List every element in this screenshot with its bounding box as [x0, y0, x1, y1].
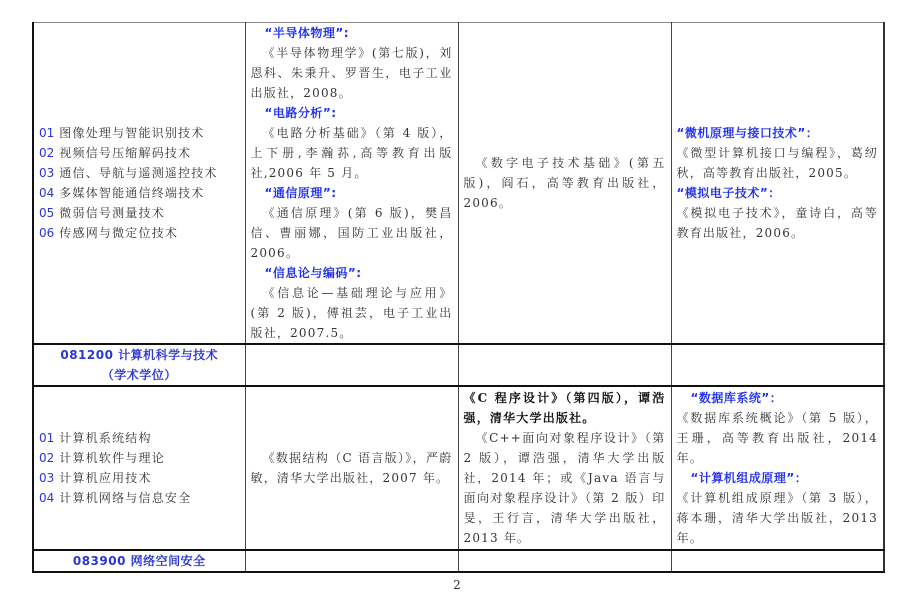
book-reference: 《模拟电子技术》，童诗白，高等教育出版社，2006。 — [677, 203, 879, 243]
direction-item: 02 计算机软件与理论 — [39, 448, 240, 468]
major-title-cell: 081200 计算机科学与技术 （学术学位） — [33, 344, 245, 386]
subject-heading: “微机原理与接口技术”： — [677, 123, 879, 143]
book-reference: 《微型计算机接口与编程》，葛纫秋，高等教育出版社，2005。 — [677, 143, 879, 183]
book-reference: 《数据结构（C 语言版）》，严蔚敏，清华大学出版社，2007 年。 — [251, 448, 453, 488]
page-number: 2 — [0, 578, 914, 592]
empty-cell — [458, 344, 671, 386]
direction-item: 06 传感网与微定位技术 — [39, 223, 240, 243]
exam-reference-table: 01 图像处理与智能识别技术 02 视频信号压缩解码技术 03 通信、导航与遥测… — [32, 22, 885, 573]
book-reference: 《C 程序设计》（第四版），谭浩强，清华大学出版社。 — [464, 388, 666, 428]
subject-heading: “模拟电子技术”： — [677, 183, 879, 203]
degree-type: （学术学位） — [39, 365, 240, 385]
major-title-cell: 083900 网络空间安全 — [33, 550, 245, 572]
document-page: 01 图像处理与智能识别技术 02 视频信号压缩解码技术 03 通信、导航与遥测… — [0, 0, 914, 614]
subject-heading: “数据库系统”： — [677, 388, 879, 408]
major-title: 081200 计算机科学与技术 — [39, 345, 240, 365]
empty-cell — [671, 344, 884, 386]
direction-item: 04 计算机网络与信息安全 — [39, 488, 240, 508]
empty-cell — [245, 550, 458, 572]
direction-item: 03 计算机应用技术 — [39, 468, 240, 488]
empty-cell — [458, 550, 671, 572]
book-reference: 《计算机组成原理》（第 3 版），蒋本珊，清华大学出版社，2013 年。 — [677, 488, 879, 548]
subject-heading: “计算机组成原理”： — [677, 468, 879, 488]
direction-item: 05 微弱信号测量技术 — [39, 203, 240, 223]
subject-heading: “信息论与编码”: — [251, 263, 453, 283]
table-row: 081200 计算机科学与技术 （学术学位） — [33, 344, 884, 386]
book-reference: 《信息论—基础理论与应用》(第 2 版)，傅祖芸，电子工业出版社，2007.5。 — [251, 283, 453, 343]
exam-subject-books-cell: 《数据结构（C 语言版）》，严蔚敏，清华大学出版社，2007 年。 — [245, 386, 458, 550]
table-row: 01 计算机系统结构 02 计算机软件与理论 03 计算机应用技术 04 计算机… — [33, 386, 884, 550]
direction-item: 04 多媒体智能通信终端技术 — [39, 183, 240, 203]
direction-item: 03 通信、导航与遥测遥控技术 — [39, 163, 240, 183]
book-reference: 《数字电子技术基础》(第五版)，阎石，高等教育出版社，2006。 — [464, 153, 666, 213]
additional-exam-books-cell: “微机原理与接口技术”： 《微型计算机接口与编程》，葛纫秋，高等教育出版社，20… — [671, 23, 884, 345]
professional-course-books-cell: 《C 程序设计》（第四版），谭浩强，清华大学出版社。 《C++面向对象程序设计》… — [458, 386, 671, 550]
direction-item: 01 计算机系统结构 — [39, 428, 240, 448]
direction-item: 02 视频信号压缩解码技术 — [39, 143, 240, 163]
exam-subject-books-cell: “半导体物理”: 《半导体物理学》(第七版)，刘恩科、朱秉升、罗晋生，电子工业出… — [245, 23, 458, 345]
book-reference: 《通信原理》(第 6 版)，樊昌信、曹丽娜，国防工业出版社，2006。 — [251, 203, 453, 263]
subject-heading: “通信原理”: — [251, 183, 453, 203]
major-title: 083900 网络空间安全 — [39, 551, 240, 571]
table-row: 01 图像处理与智能识别技术 02 视频信号压缩解码技术 03 通信、导航与遥测… — [33, 23, 884, 345]
subject-heading: “半导体物理”: — [251, 23, 453, 43]
research-directions-cell: 01 图像处理与智能识别技术 02 视频信号压缩解码技术 03 通信、导航与遥测… — [33, 23, 245, 345]
empty-cell — [245, 344, 458, 386]
research-directions-cell: 01 计算机系统结构 02 计算机软件与理论 03 计算机应用技术 04 计算机… — [33, 386, 245, 550]
book-reference: 《C++面向对象程序设计》（第 2 版），谭浩强，清华大学出版社，2014 年；… — [464, 428, 666, 548]
direction-item: 01 图像处理与智能识别技术 — [39, 123, 240, 143]
subject-heading: “电路分析”: — [251, 103, 453, 123]
professional-course-books-cell: 《数字电子技术基础》(第五版)，阎石，高等教育出版社，2006。 — [458, 23, 671, 345]
book-reference: 《电路分析基础》（第 4 版），上下册,李瀚荪,高等教育出版社,2006 年 5… — [251, 123, 453, 183]
book-reference: 《半导体物理学》(第七版)，刘恩科、朱秉升、罗晋生，电子工业出版社，2008。 — [251, 43, 453, 103]
book-reference: 《数据库系统概论》（第 5 版），王珊，高等教育出版社，2014 年。 — [677, 408, 879, 468]
additional-exam-books-cell: “数据库系统”： 《数据库系统概论》（第 5 版），王珊，高等教育出版社，201… — [671, 386, 884, 550]
empty-cell — [671, 550, 884, 572]
table-row: 083900 网络空间安全 — [33, 550, 884, 572]
